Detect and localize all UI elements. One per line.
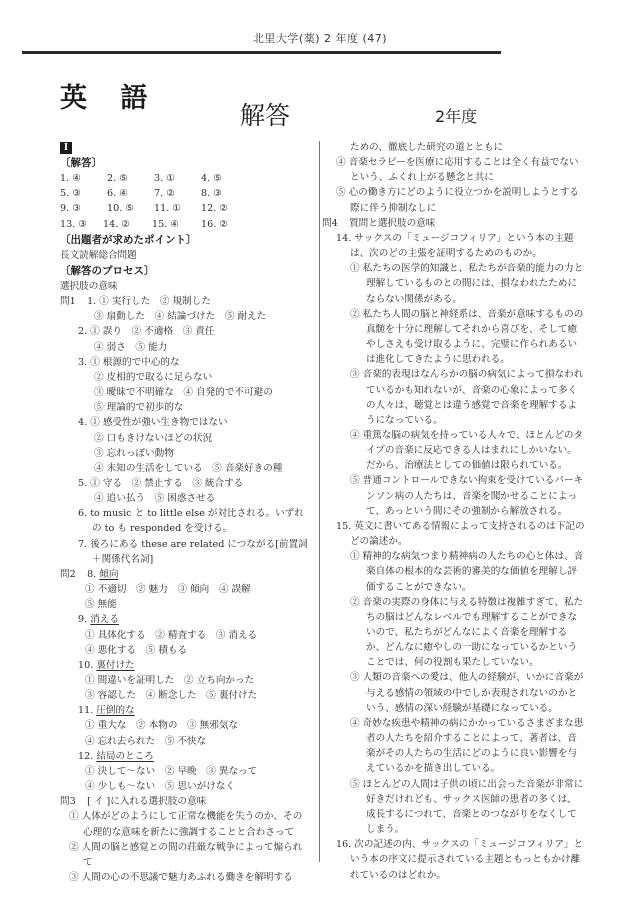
answer-item: 9. ③ [60,201,107,216]
option-line: ③ 曖昧で不明確な ④ 自発的で不可避の [60,385,308,400]
q2-item-11: 11. 圧倒的な [60,703,308,718]
q1-item-6: 6. to music と to little else が対比される。いずれの… [60,506,308,536]
right-column: ための、徹底した研究の道とともに ④ 音楽セラピーを医療に応用することは全く有益… [336,140,586,883]
column-divider [319,141,320,862]
q14-option-4: ④ 重篤な脳の病気を持っている人々で、ほとんどのタイプの音楽に反応できる人はまれ… [336,428,586,473]
option-line: ① 根源的で中心的な [90,357,179,368]
answer-row: 9. ③ 10. ⑤ 11. ① 12. ② [60,201,308,216]
answer-item: 6. ④ [107,186,154,201]
q3-label: 問3 [60,794,84,809]
q15-option-3: ③ 人類の音楽への愛は、他人の経験が、いかに音楽が与える感情の領域の中でしか表現… [336,670,586,715]
item-number: 10. [78,660,93,671]
q14-option-1: ① 私たちの医学的知識と、私たちが音楽的能力の力と理解しているものとの間には、損… [336,261,586,306]
option-line: ⑤ 理論的で初歩的な [60,400,308,415]
answer-item: 16. ② [201,217,228,232]
answer-item: 13. ③ [60,217,103,232]
option-line: ④ 忘れ去られた ⑤ 不快な [60,734,308,749]
answer-item: 11. ① [154,201,201,216]
option-line: ① 感受性が強い生き物ではない [90,417,227,428]
target-word: 結局のところ [96,751,154,762]
section-badge: I [60,142,72,154]
answer-item: 3. ① [154,171,201,186]
answer-item: 5. ③ [60,186,107,201]
q14-option-3: ③ 音楽的表現はなんらかの脳の病気によって損なわれているかも知れないが、音楽の心… [336,367,586,428]
q15-option-4: ④ 奇妙な疾患や精神の病にかかっているさまざまな患者の人たちを紹介することによっ… [336,716,586,777]
option-line: ① 間違いを証明した ② 立ち向かった [60,673,308,688]
year-label: 2年度 [435,104,477,127]
q14-option-2: ② 私たち人間の脳と神経系は、音楽が意味するものの真髄を十分に理解してそれから喜… [336,307,586,368]
q1-item-3: 3. ① 根源的で中心的な [60,355,308,370]
q1-item-5: 5. ① 守る ② 禁止する ③ 統合する [60,476,308,491]
option-line: ⑤ 無能 [60,597,308,612]
q3-option-3: ③ 人間の心の不思議で魅力あふれる働きを解明する [60,870,308,885]
option-line: ④ 弱さ ⑤ 能力 [60,340,308,355]
option-line: ③ 容認した ④ 断念した ⑤ 裏付けた [60,688,308,703]
option-line: ③ 忘れっぽい動物 [60,446,308,461]
q14-option-5: ⑤ 普通コントロールできない拘束を受けているパーキンソン病の人たちは、音楽を聞か… [336,473,586,518]
q2-item-9: 9. 消える [60,612,308,627]
answer-item: 8. ③ [201,186,222,201]
option-line: ④ 未知の生活をしている ⑤ 音楽好きの種 [60,461,308,476]
target-word: 傾向 [99,569,118,580]
option-line: ③ 扇動した ④ 結論づけた ⑤ 耐えた [60,309,308,324]
answer-item: 14. ② [103,217,152,232]
item-number: 12. [78,751,93,762]
process-heading: 〔解答のプロセス〕 [60,263,308,279]
q2-item-10: 10. 裏付けた [60,658,308,673]
q4-heading: 問4 質問と選択肢の意味 [322,216,586,231]
subject-title: 英 語 [60,76,159,115]
q2-label: 問2 [60,567,84,582]
answer-item: 12. ② [201,201,228,216]
q15-option-1: ① 精神的な病気つまり精神病の人たちの心と体は、音楽自体の根本的な芸術的審美的な… [336,549,586,594]
item-number: 11. [78,705,93,716]
answer-item: 1. ④ [60,171,107,186]
item-number: 2. [78,326,87,337]
header-rule [22,51,501,54]
point-text: 長文読解総合問題 [60,248,308,263]
item-number: 3. [78,357,87,368]
answer-row: 13. ③ 14. ② 15. ④ 16. ② [60,217,308,232]
option-line: ④ 追い払う ⑤ 困惑させる [60,491,308,506]
q14-stem: 14. サックスの「ミュージコフィリア」という本の主題は、次のどの主張を証明する… [336,231,586,261]
q1-item-1: 問1 1. ① 実行した ② 規制した [60,294,308,309]
option-line: ① 実行した ② 規制した [99,296,211,307]
q1-label: 問1 [60,294,84,309]
option-line: ① 重大な ② 本物の ③ 無邪気な [60,718,308,733]
q3-title: [ イ ]に入れる選択肢の意味 [87,796,206,807]
option-line: ① 守る ② 禁止する ③ 統合する [90,478,243,489]
target-word: 消える [90,614,119,625]
answer-row: 1. ④ 2. ⑤ 3. ① 4. ⑤ [60,171,308,186]
q3-option-2: ② 人間の脳と感覚との間の荘厳な戦争によって煽られて [60,840,308,870]
answer-item: 10. ⑤ [107,201,154,216]
q3-heading: 問3 [ イ ]に入れる選択肢の意味 [60,794,308,809]
option-line: ④ 少しも～ない ⑤ 思いがけなく [60,779,308,794]
q15-option-5: ⑤ ほとんどの人間は子供の頃に出会った音楽が非常に好きだけれども、サックス医師の… [336,777,586,838]
option-line: ① 決して～ない ② 早晩 ③ 異なって [60,764,308,779]
q1-item-4: 4. ① 感受性が強い生き物ではない [60,415,308,430]
point-heading: 〔出題者が求めたポイント〕 [60,232,308,248]
answer-item: 15. ④ [152,217,201,232]
target-word: 圧倒的な [96,705,134,716]
answer-item: 4. ⑤ [201,171,222,186]
q16-stem: 16. 次の記述の内、サックスの「ミュージコフィリア」という本の序文に提示されて… [336,837,586,882]
process-text: 選択肢の意味 [60,279,308,294]
item-number: 9. [78,614,87,625]
answers-heading: 〔解答〕 [60,155,308,171]
q2-item-8: 問2 8. 傾向 [60,567,308,582]
running-head: 北里大学(薬) 2 年度 (47) [0,30,640,46]
item-number: 1. [87,296,96,307]
q3-option-1: ① 人体がどのようにして正常な機能を失うのか、その心理的な意味を新たに強調するこ… [60,809,308,839]
option-line: ① 具体化する ② 精査する ③ 消える [60,628,308,643]
q3-option-5: ⑤ 心の働き方にどのように役立つかを説明しようとする際に伴う抑制なしに [336,185,586,215]
item-number: 8. [87,569,96,580]
answer-item: 2. ⑤ [107,171,154,186]
option-line: ① 誤り ② 不適格 ③ 責任 [90,326,214,337]
q4-title: 質問と選択肢の意味 [349,218,435,229]
q3-option-4: ④ 音楽セラピーを医療に応用することは全く有益でないという、ふくれ上がる懸念と共… [336,155,586,185]
item-number: 4. [78,417,87,428]
q15-stem: 15. 英文に書いてある情報によって支持されるのは下記のどの論述か。 [336,519,586,549]
q1-item-7: 7. 後ろにある these are related につながる[前置詞＋関係代… [60,537,308,567]
q1-item-2: 2. ① 誤り ② 不適格 ③ 責任 [60,324,308,339]
answer-item: 7. ② [154,186,201,201]
q2-item-12: 12. 結局のところ [60,749,308,764]
option-line: ① 不適切 ② 魅力 ③ 傾向 ④ 誤解 [60,582,308,597]
page-title: 解答 [240,96,290,132]
q4-label: 問4 [322,216,346,231]
option-line: ④ 悪化する ⑤ 積もる [60,643,308,658]
q15-option-2: ② 音楽の実際の身体に与える特徴は複雑すぎて、私たちの脳はどんなレベルでも理解す… [336,595,586,671]
target-word: 裏付けた [96,660,134,671]
answer-row: 5. ③ 6. ④ 7. ② 8. ③ [60,186,308,201]
item-number: 5. [78,478,87,489]
left-column: I 〔解答〕 1. ④ 2. ⑤ 3. ① 4. ⑤ 5. ③ 6. ④ 7. … [60,140,308,885]
option-line: ② 皮相的で取るに足らない [60,370,308,385]
option-line: ② 口もきけないほどの状況 [60,431,308,446]
q3-option-3-continued: ための、徹底した研究の道とともに [336,140,586,155]
